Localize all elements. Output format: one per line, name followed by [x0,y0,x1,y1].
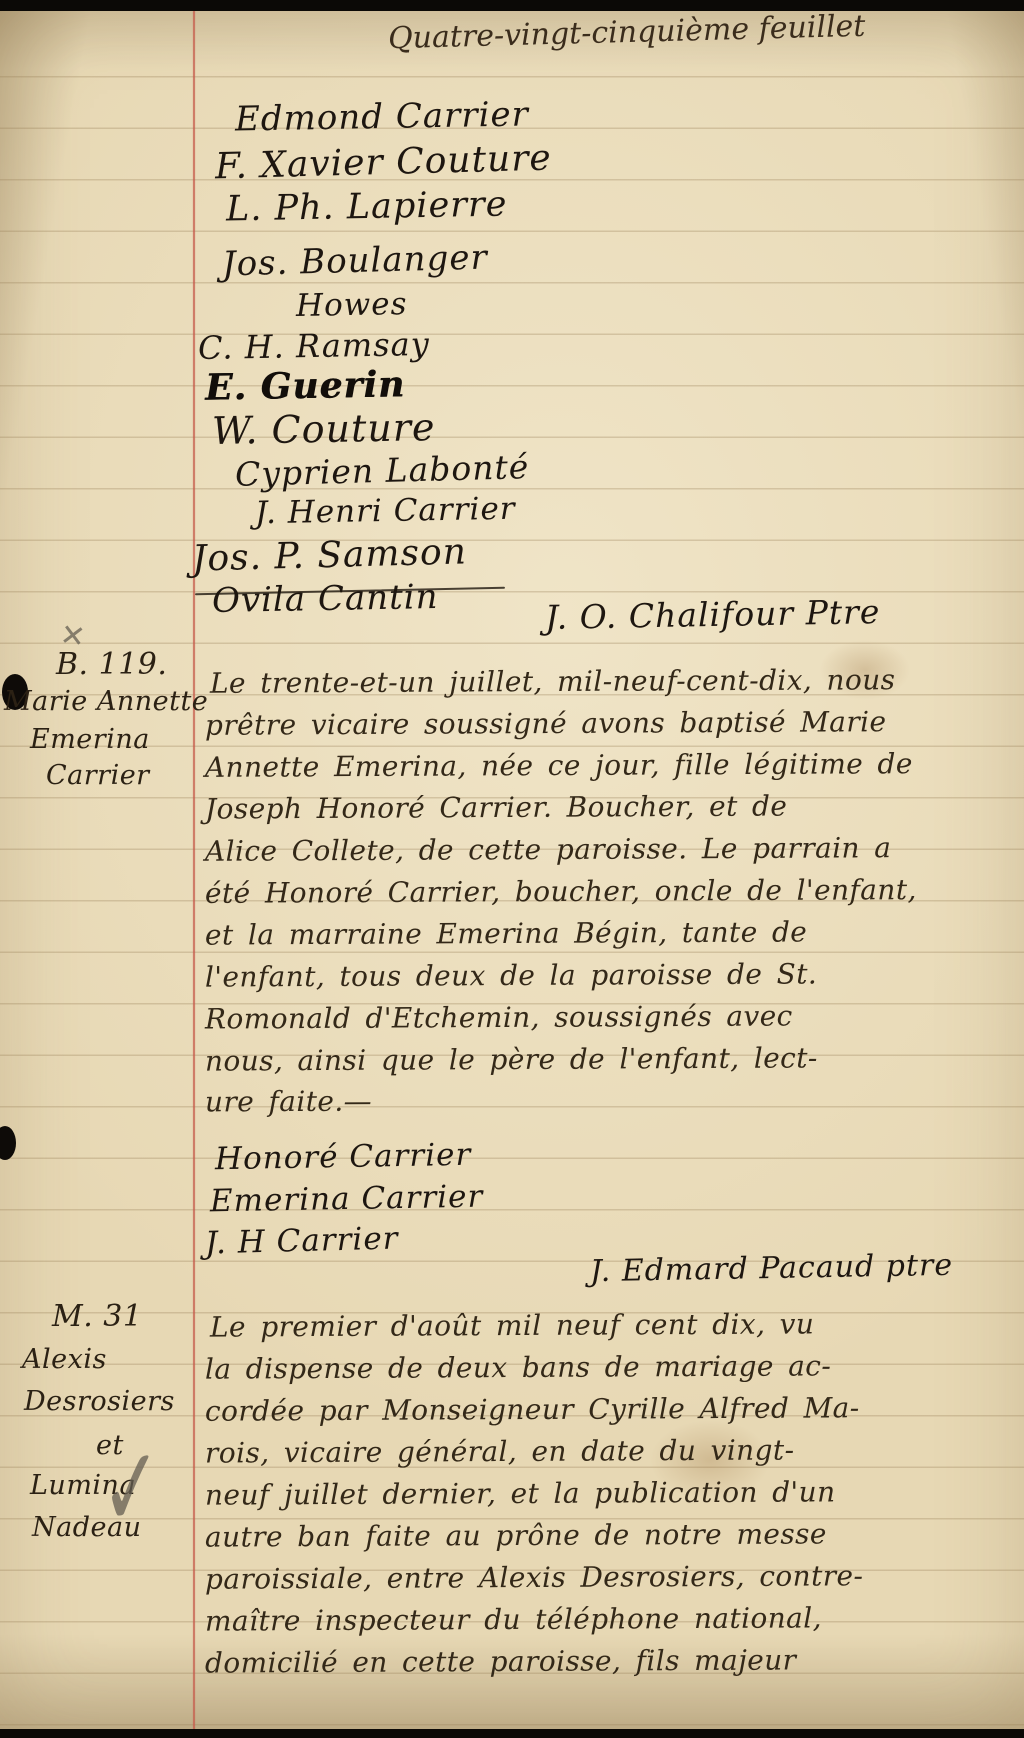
record-text-line: neuf juillet dernier, et la publication … [205,1478,836,1509]
scan-edge-bottom [0,1729,1024,1738]
record-text-line: nous, ainsi que le père de l'enfant, lec… [205,1044,818,1075]
record-text-line: prêtre vicaire soussigné avons baptisé M… [205,708,887,740]
signature: Howes [296,289,408,322]
record-text-line: maître inspecteur du téléphone national, [205,1604,822,1635]
signature: C. H. Ramsay [198,328,430,364]
margin-name-line: Marie Annette [4,688,208,715]
record-text-line: domicilié en cette paroisse, fils majeur [205,1646,797,1677]
act-number: B. 119. [56,650,167,680]
signature: L. Ph. Lapierre [226,188,508,228]
record-text-line: et la marraine Emerina Bégin, tante de [205,918,807,949]
record-text-line: Le premier d'août mil neuf cent dix, vu [210,1310,814,1341]
signature: Jos. Boulanger [222,241,489,282]
signature: J. Henri Carrier [255,494,516,530]
margin-name-line: Carrier [46,762,150,789]
signature: Jos. P. Samson [192,534,468,577]
officiant-signature: J. O. Chalifour Ptre [545,595,881,634]
party-signature: J. H Carrier [205,1223,399,1259]
record-text-line: paroissiale, entre Alexis Desrosiers, co… [205,1562,863,1593]
signature: E. Guerin [205,366,406,405]
signature: Ovila Cantin [212,580,439,618]
party-signature: Honoré Carrier [215,1140,472,1175]
scan-edge-top [0,0,1024,11]
record-text-line: la dispense de deux bans de mariage ac- [205,1352,831,1383]
signature: F. Xavier Couture [215,141,553,186]
signature: W. Couture [212,408,436,450]
margin-name-line: Alexis [22,1346,107,1373]
record-text-line: l'enfant, tous deux de la paroisse de St… [205,960,817,991]
signature: Edmond Carrier [235,97,529,136]
record-text-line: rois, vicaire général, en date du vingt- [205,1436,795,1467]
act-number: M. 31 [52,1302,142,1332]
pencil-checkmark: ✓ [98,1432,165,1545]
party-signature: Emerina Carrier [210,1182,484,1218]
officiant-signature: J. Edmard Pacaud ptre [590,1251,954,1287]
record-text-line: cordée par Monseigneur Cyrille Alfred Ma… [205,1394,860,1425]
signature: Cyprien Labonté [235,450,530,491]
record-text-line: Alice Collete, de cette paroisse. Le par… [205,834,891,866]
margin-name-line: Emerina [30,726,150,753]
record-text-line: Le trente-et-un juillet, mil-neuf-cent-d… [210,666,896,698]
red-margin-line [193,11,195,1729]
record-text-line: été Honoré Carrier, boucher, oncle de l'… [205,876,917,908]
record-text-line: Joseph Honoré Carrier. Boucher, et de [205,792,787,823]
record-text-line: ure faite.— [205,1088,372,1117]
record-text-line: Annette Emerina, née ce jour, fille légi… [205,750,913,782]
margin-name-line: Desrosiers [24,1388,175,1415]
record-text-line: Romonald d'Etchemin, soussignés avec [205,1002,793,1033]
record-text-line: autre ban faite au prône de notre messe [205,1520,827,1551]
